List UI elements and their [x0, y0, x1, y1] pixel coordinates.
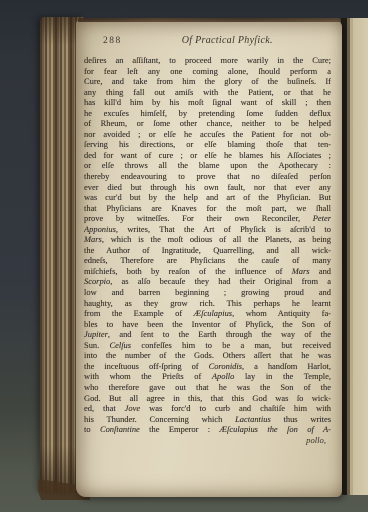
body-line: Sun. Celſus confeſſes him to be a man, b…	[84, 340, 331, 351]
body-line: Apponius, writes, That the Art of Phyſic…	[84, 224, 331, 235]
body-line: the inceſtuous off-ſpring of Coronidis, …	[84, 361, 331, 372]
body-line: nor avoided ; or elſe he accuſes the Pat…	[84, 129, 331, 140]
body-line: bles to have been the Inventor of Phyſic…	[84, 319, 331, 330]
body-line: Jupiter, and ſent to the Earth through t…	[84, 329, 331, 340]
body-line: the Author of Ingratitude, Quarrelling, …	[84, 245, 331, 256]
body-line: who therefore gave out that he was the S…	[84, 382, 331, 393]
body-line: ſerving his directions, or elſe blaming …	[84, 139, 331, 150]
body-line: to Conſtantine the Emperor : Æſculapius …	[84, 424, 331, 435]
body-line: deſires an aſſiſtant, to proceed more wa…	[84, 55, 331, 66]
body-line: of Rheum, or ſome other chance, neither …	[84, 118, 331, 129]
body-line: God. But all agree in this, that this Go…	[84, 393, 331, 404]
body-line: edneſs, Therefore are Phyſicians the cau…	[84, 255, 331, 266]
body-line: was cur'd but by the help and art of the…	[84, 192, 331, 203]
body-line: from the Example of Æſculapius, whom Ant…	[84, 308, 331, 319]
book-page: 288 Of Practical Phyſick. deſires an aſſ…	[76, 20, 342, 497]
body-line: Scorpio, as alſo becauſe they had their …	[84, 276, 331, 287]
facing-page-edge	[341, 18, 368, 495]
body-line: has kill'd him by his moſt ſignal want o…	[84, 97, 331, 108]
book-scan-photo: { "page": { "header": { "page_number": "…	[0, 0, 368, 512]
body-line: thereby endeavouring to prove that no di…	[84, 171, 331, 182]
body-line: his Thunder. Concerning which Lactantius…	[84, 414, 331, 425]
body-line: or elſe throws all the blame upon the Ap…	[84, 160, 331, 171]
body-line: he excuſes himſelf, by pretending ſome ſ…	[84, 108, 331, 119]
body-line: with whom the Prieſts of Apollo lay in t…	[84, 371, 331, 382]
body-line: prove by witneſſes. For their own Reconc…	[84, 213, 331, 224]
body-line: for fear leſt any one coming alone, ſhou…	[84, 66, 331, 77]
body-line: Mars, which is the moſt odious of all th…	[84, 234, 331, 245]
body-line: Cure, and take from him the glory of the…	[84, 76, 331, 87]
body-text: deſires an aſſiſtant, to proceed more wa…	[84, 55, 331, 435]
photo-background: 288 Of Practical Phyſick. deſires an aſſ…	[0, 0, 368, 512]
catchword: pollo,	[76, 435, 326, 446]
body-line: low and barren beginning ; growing proud…	[84, 287, 331, 298]
body-line: that Phyſicians are Knaves for the moſt …	[84, 203, 331, 214]
body-line: ded for want of cure ; or elſe he blames…	[84, 150, 331, 161]
body-line: miſchiefs, both by reaſon of the influen…	[84, 266, 331, 277]
body-line: ever died but through his own fault, nor…	[84, 182, 331, 193]
body-line: any thing fall out amiſs with the Patien…	[84, 87, 331, 98]
page-number: 288	[103, 36, 122, 46]
body-line: into the number of the Gods. Others aſſe…	[84, 350, 331, 361]
running-title: Of Practical Phyſick.	[182, 35, 273, 46]
page-header: 288 Of Practical Phyſick.	[76, 20, 342, 46]
body-line: haughty, as they grow rich. This perhaps…	[84, 298, 331, 309]
body-line: ed, that Jove was forc'd to curb and cha…	[84, 403, 331, 414]
